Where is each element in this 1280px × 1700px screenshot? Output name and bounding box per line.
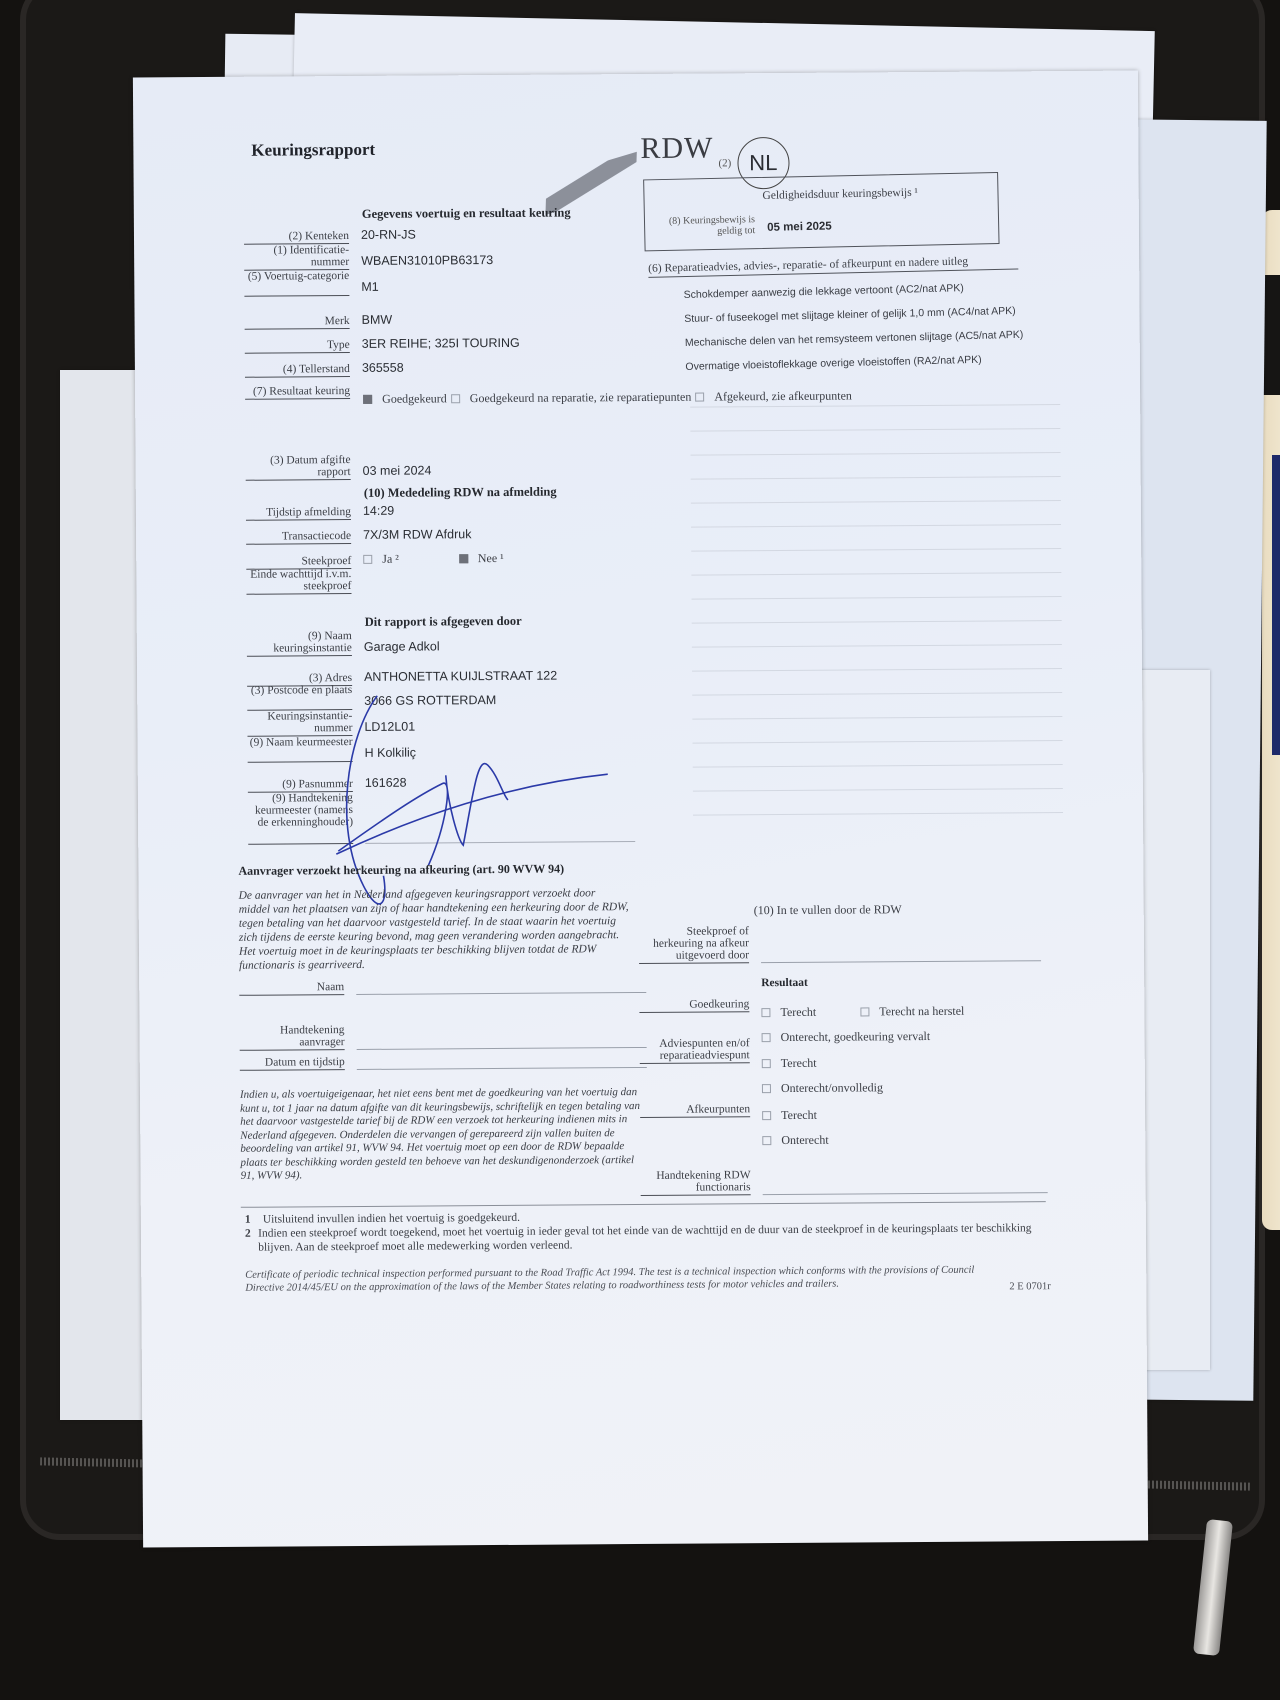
field-label: Handtekening aanvrager	[239, 1024, 344, 1051]
field-label: (2) Kenteken	[244, 230, 349, 245]
field-kenteken: (2) Kenteken 20-RN-JS	[244, 228, 416, 245]
field-value: H Kolkiliç	[365, 746, 417, 762]
field-label: (3) Datum afgifte rapport	[246, 454, 351, 481]
option-label: Terecht	[781, 1108, 817, 1123]
field-label: Afkeurpunten	[640, 1103, 750, 1118]
footnote-2: 2Indien een steekproef wordt toegekend, …	[245, 1221, 1055, 1255]
option-label: Terecht	[780, 1005, 816, 1020]
field-institution-name: (9) Naam keuringsinstantie Garage Adkol	[247, 629, 440, 656]
rdw-result-heading: Resultaat	[761, 977, 808, 989]
checkbox-checked	[459, 554, 468, 563]
checkbox-checked	[363, 394, 372, 403]
option-label: Onterecht, goedkeuring vervalt	[781, 1029, 931, 1045]
advice-empty-lines	[690, 381, 1063, 816]
option-approval-incorrect[interactable]: Onterecht, goedkeuring vervalt	[762, 1029, 931, 1045]
field-label: Handtekening RDW functionaris	[641, 1169, 751, 1196]
field-label: (3) Postcode en plaats	[247, 684, 352, 711]
reinspection-text: De aanvrager van het in Nederland afgege…	[239, 886, 630, 973]
approval-options: Terecht Terecht na herstel Onterecht, go…	[761, 999, 964, 1050]
advice-heading: (6) Reparatieadvies, advies-, reparatie-…	[648, 254, 1018, 277]
rdw-signature-field[interactable]: Handtekening RDW functionaris	[641, 1167, 1048, 1196]
field-transaction: Transactiecode 7X/3M RDW Afdruk	[246, 527, 471, 545]
validity-date: 05 mei 2025	[767, 221, 832, 234]
input-line[interactable]	[763, 1192, 1048, 1195]
checkbox-unchecked[interactable]	[762, 1084, 771, 1093]
checkbox-unchecked[interactable]	[762, 1111, 771, 1120]
certificate-text: Certificate of periodic technical inspec…	[245, 1263, 1005, 1294]
option-label: Onterecht/onvolledig	[781, 1080, 883, 1096]
objection-text: Indien u, als voertuigeigenaar, het niet…	[240, 1086, 641, 1183]
option-advice-correct[interactable]: Terecht	[762, 1056, 817, 1071]
field-sample: Steekproef Ja ² Nee ¹	[246, 551, 504, 570]
field-value: Garage Adkol	[364, 639, 440, 656]
field-label: (9) Naam keurmeester	[247, 736, 352, 763]
field-label: Einde wachttijd i.v.m. steekproef	[246, 568, 351, 595]
field-label: (9) Naam keuringsinstantie	[247, 630, 352, 657]
option-label: Terecht na herstel	[879, 1004, 964, 1020]
field-label: Goedkeuring	[639, 998, 749, 1013]
option-label: Goedgekeurd na reparatie, zie reparatiep…	[470, 389, 692, 406]
option-approval-after-repair[interactable]: Terecht na herstel	[860, 1004, 964, 1020]
field-type: Type 3ER REIHE; 325I TOURING	[245, 336, 520, 354]
checkbox-unchecked[interactable]	[762, 1059, 771, 1068]
checkbox-unchecked	[363, 555, 372, 564]
checkbox-unchecked[interactable]	[761, 1008, 770, 1017]
field-inspector-signature: (9) Handtekening keurmeester (namens de …	[248, 790, 635, 845]
performed-by-field[interactable]: Steekproef of herkeuring na afkeur uitge…	[639, 923, 1041, 964]
reject-options: Terecht Onterecht	[762, 1103, 829, 1153]
field-identification-number: (1) Identificatie-nummer WBAEN31010PB631…	[244, 243, 493, 271]
checkbox-unchecked[interactable]	[762, 1033, 771, 1042]
field-value: WBAEN31010PB63173	[361, 253, 493, 270]
field-label: Steekproef of herkeuring na afkeur uitge…	[639, 925, 749, 964]
sample-options: Ja ² Nee ¹	[363, 551, 504, 569]
field-label: Naam	[239, 981, 344, 996]
field-label: Merk	[245, 315, 350, 330]
applicant-signature-field[interactable]: Handtekening aanvrager	[239, 1022, 646, 1051]
checkbox-unchecked	[451, 394, 460, 403]
option-reject-correct[interactable]: Terecht	[762, 1108, 817, 1123]
reject-points-label-row: Afkeurpunten	[640, 1103, 750, 1118]
field-label: (9) Pasnummer	[248, 778, 353, 793]
checkbox-unchecked[interactable]	[860, 1007, 869, 1016]
signature-line	[365, 841, 635, 844]
field-wait-time: Einde wachttijd i.v.m. steekproef	[246, 568, 351, 595]
advice-points-label-row: Adviespunten en/of reparatieadviespunt	[640, 1037, 750, 1064]
option-label: Nee ¹	[478, 551, 504, 566]
option-label: Onterecht	[781, 1133, 828, 1148]
field-label: Datum en tijdstip	[240, 1056, 345, 1071]
input-line[interactable]	[357, 1047, 647, 1050]
field-value: 14:29	[363, 504, 394, 520]
approval-label-row: Goedkeuring	[639, 998, 749, 1013]
option-advice-incorrect[interactable]: Onterecht/onvolledig	[762, 1080, 883, 1096]
checkbox-unchecked[interactable]	[762, 1136, 771, 1145]
field-label: Adviespunten en/of reparatieadviespunt	[640, 1037, 750, 1064]
field-label: (4) Tellerstand	[245, 363, 350, 378]
field-value: LD12L01	[364, 720, 415, 736]
field-institution-number: Keuringsinstantie-nummer LD12L01	[247, 710, 415, 737]
field-brand: Merk BMW	[245, 313, 393, 330]
datetime-field[interactable]: Datum en tijdstip	[240, 1054, 647, 1071]
field-postcode: (3) Postcode en plaats 3066 GS ROTTERDAM	[247, 683, 496, 711]
inspection-report-page: Keuringsrapport RDW (2) NL Geldigheidsdu…	[133, 71, 1148, 1548]
reinspection-heading: Aanvrager verzoekt herkeuring na afkeuri…	[238, 862, 564, 879]
field-vehicle-category: (5) Voertuig-categorie M1	[244, 270, 379, 297]
result-option-rejected: Afgekeurd, zie afkeurpunten	[695, 384, 852, 409]
validity-heading: Geldigheidsduur keuringsbewijs ¹	[762, 187, 918, 202]
option-label: Afgekeurd, zie afkeurpunten	[714, 388, 852, 404]
country-ref: (2)	[718, 157, 731, 169]
field-label: Type	[245, 339, 350, 354]
field-value: 365558	[362, 361, 404, 377]
field-label: Tijdstip afmelding	[246, 506, 351, 521]
field-issue-date: (3) Datum afgifte rapport 03 mei 2024	[246, 453, 432, 480]
option-label: Ja ²	[382, 552, 399, 567]
field-inspector-name: (9) Naam keurmeester H Kolkiliç	[247, 736, 416, 763]
field-value: 7X/3M RDW Afdruk	[363, 527, 471, 544]
sample-no: Nee ¹	[459, 551, 504, 566]
option-label: Goedgekeurd	[382, 391, 447, 406]
field-result: (7) Resultaat keuring	[245, 385, 350, 400]
field-label: (9) Handtekening keurmeester (namens de …	[248, 792, 353, 845]
advice-options: Terecht Onterecht/onvolledig	[762, 1050, 883, 1101]
field-value: 20-RN-JS	[361, 228, 416, 244]
vehicle-section-heading: Gegevens voertuig en resultaat keuring	[362, 205, 571, 221]
sample-yes: Ja ²	[363, 552, 399, 567]
field-label: Transactiecode	[246, 530, 351, 545]
field-value: 3066 GS ROTTERDAM	[364, 693, 496, 710]
notification-heading: (10) Mededeling RDW na afmelding	[364, 485, 557, 501]
issuer-heading: Dit rapport is afgegeven door	[365, 614, 522, 630]
advice-list: Schokdemper aanwezig die lekkage vertoon…	[684, 280, 1066, 385]
input-line[interactable]	[357, 1067, 647, 1070]
field-label: (7) Resultaat keuring	[245, 385, 350, 400]
field-value: 161628	[365, 776, 407, 792]
field-value: 03 mei 2024	[363, 463, 432, 479]
report-title: Keuringsrapport	[251, 140, 375, 161]
field-value: BMW	[362, 313, 393, 329]
field-label: (1) Identificatie-nummer	[244, 244, 349, 271]
validity-box: Geldigheidsduur keuringsbewijs ¹ (8) Keu…	[643, 172, 999, 251]
validity-label: (8) Keuringsbewijs is geldig tot	[655, 214, 755, 238]
result-option-approved-after-repair: Goedgekeurd na reparatie, zie reparatiep…	[451, 385, 692, 411]
footnotes: 1Uitsluitend invullen indien het voertui…	[245, 1207, 1055, 1255]
rdw-section-heading: (10) In te vullen door de RDW	[754, 902, 902, 918]
field-label: Keuringsinstantie-nummer	[247, 710, 352, 737]
rdw-logo-text: RDW	[640, 131, 713, 166]
input-line[interactable]	[761, 960, 1041, 963]
pen-label	[1272, 455, 1280, 755]
input-line[interactable]	[356, 992, 646, 995]
option-reject-incorrect[interactable]: Onterecht	[762, 1133, 828, 1148]
result-options: Goedgekeurd Goedgekeurd na reparatie, zi…	[363, 384, 852, 411]
field-value: M1	[361, 280, 378, 296]
option-label: Terecht	[781, 1056, 817, 1071]
field-label: (5) Voertuig-categorie	[244, 270, 349, 297]
form-code: 2 E 0701r	[1009, 1281, 1050, 1292]
field-odometer: (4) Tellerstand 365558	[245, 361, 404, 378]
checkbox-unchecked	[695, 392, 704, 401]
option-approval-correct[interactable]: Terecht	[761, 1005, 816, 1020]
field-value: 3ER REIHE; 325I TOURING	[362, 336, 520, 353]
result-option-approved: Goedgekeurd	[363, 386, 447, 411]
field-time: Tijdstip afmelding 14:29	[246, 504, 394, 521]
applicant-name-field[interactable]: Naam	[239, 979, 646, 996]
footer-divider	[241, 1201, 1046, 1208]
field-pass-number: (9) Pasnummer 161628	[248, 776, 407, 793]
